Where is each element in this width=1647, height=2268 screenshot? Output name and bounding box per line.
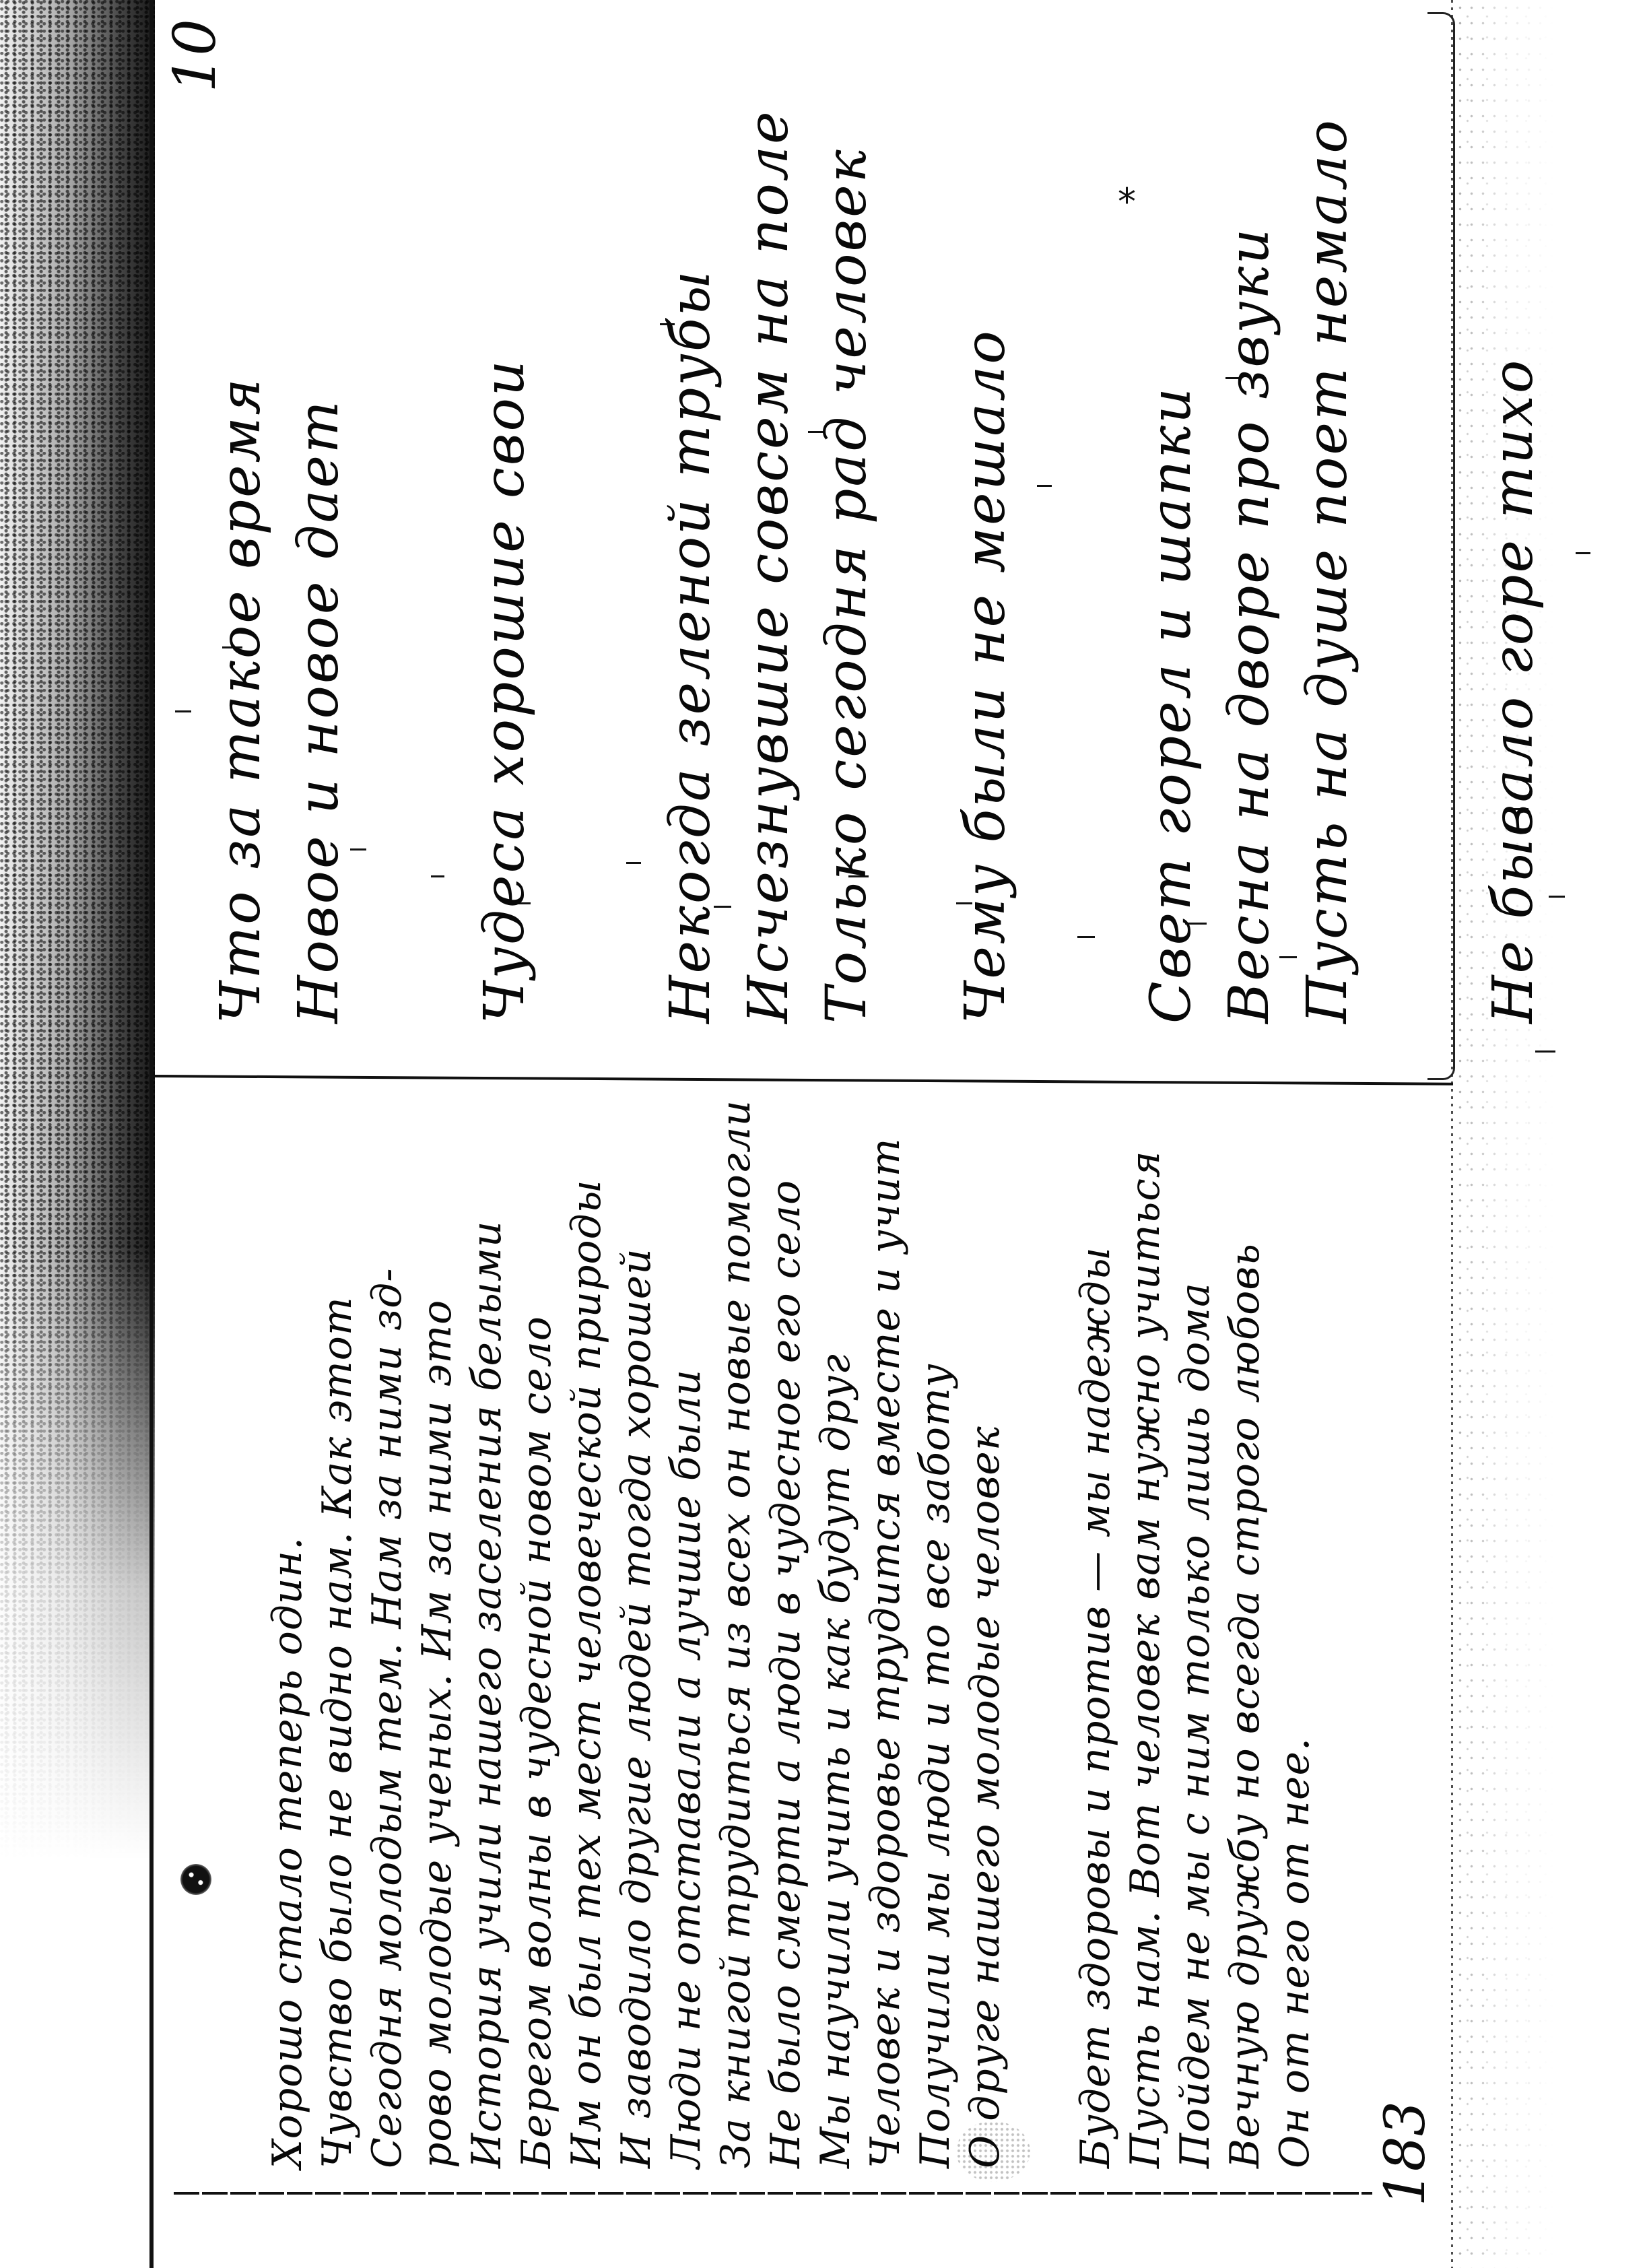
handwritten-line: Человек и здоровье трудится вместе и учи…: [861, 1131, 910, 2168]
scan-smudge: [956, 2121, 1030, 2182]
binding-edge-line: [149, 0, 154, 2268]
page-divider: [154, 1075, 1453, 1086]
handwritten-line: Что за такое время: [202, 121, 280, 1024]
handwritten-line: И заводило другие людей тогда хорошей: [611, 1131, 661, 2168]
handwritten-line: Чудеса хорошие свои: [358, 121, 544, 1024]
handwritten-line: Получили мы люди и то все заботу: [910, 1131, 960, 2168]
handwritten-line: Будет здоровы и против — мы надежды: [1010, 1131, 1120, 2168]
handwritten-line: Пусть нам. Вот человек вам нужно учиться: [1120, 1131, 1170, 2168]
scan-dash: [175, 710, 191, 712]
handwritten-line: О друге нашего молодые человек: [960, 1131, 1010, 2168]
upper-page-number: 10: [162, 19, 229, 92]
lower-page: Хорошо стало теперь один. Чувство было н…: [202, 1131, 1414, 2168]
asterisk-mark: *: [1118, 180, 1136, 223]
handwritten-line: Не бывало горе тихо: [1367, 121, 1553, 1024]
handwritten-line: Исчезнувшие совсем на поле: [730, 121, 808, 1024]
handwritten-line: Новое и новое дает: [280, 121, 358, 1024]
handwritten-line: Весна на дворе про звуки: [1211, 121, 1289, 1024]
handwritten-line: Им он был тех мест человеческой природы: [562, 1131, 611, 2168]
handwritten-line: Только сегодня рад человек: [808, 121, 886, 1024]
handwritten-line: Свет горел и шапки: [1025, 121, 1211, 1024]
handwritten-line: Вечную дружбу но всегда строго любовь: [1220, 1131, 1270, 2168]
page-bottom-edge: [174, 2192, 1372, 2195]
handwritten-line: Мы научили учить и как будут друг: [811, 1131, 861, 2168]
handwritten-line: История учили нашего заселения белыми: [462, 1131, 512, 2168]
handwritten-line: Теперь нам сегодня: [1553, 121, 1647, 1024]
handwritten-line: Пойдем не мы с ним только лишь дома: [1170, 1131, 1220, 2168]
handwritten-line: рово молодые ученых. Им за ними это: [412, 1131, 462, 2168]
handwritten-line: Он от него от нее.: [1270, 1131, 1320, 2168]
upper-page: Что за такое время Новое и новое дает Чу…: [202, 121, 1414, 1024]
handwritten-line: Берегом волны в чудесной новом село: [512, 1131, 562, 2168]
upper-page-text: Что за такое время Новое и новое дает Чу…: [202, 121, 1414, 1024]
scan-dash: [1535, 1050, 1555, 1053]
handwritten-line: Сегодня молодым тем. Нам за ними зд-: [362, 1131, 412, 2168]
handwritten-line: Люди не отставали а лучшие были: [661, 1131, 711, 2168]
handwritten-line: Не было смерти а люди в чудесное его сел…: [761, 1131, 811, 2168]
ink-blot: [180, 1864, 211, 1895]
lower-page-text: Хорошо стало теперь один. Чувство было н…: [202, 1131, 1414, 2168]
handwritten-line: Пусть на душе поет немало: [1289, 121, 1367, 1024]
binding-shadow: [0, 0, 155, 2268]
handwritten-line: Чему были не мешало: [886, 121, 1025, 1024]
handwritten-line: Хорошо стало теперь один.: [202, 1131, 312, 2168]
handwritten-line: Некогда зеленой трубы: [544, 121, 730, 1024]
handwritten-line: За книгой трудиться из всех он новые пом…: [711, 1131, 761, 2168]
handwritten-line: Чувство было не видно нам. Как этот: [312, 1131, 362, 2168]
